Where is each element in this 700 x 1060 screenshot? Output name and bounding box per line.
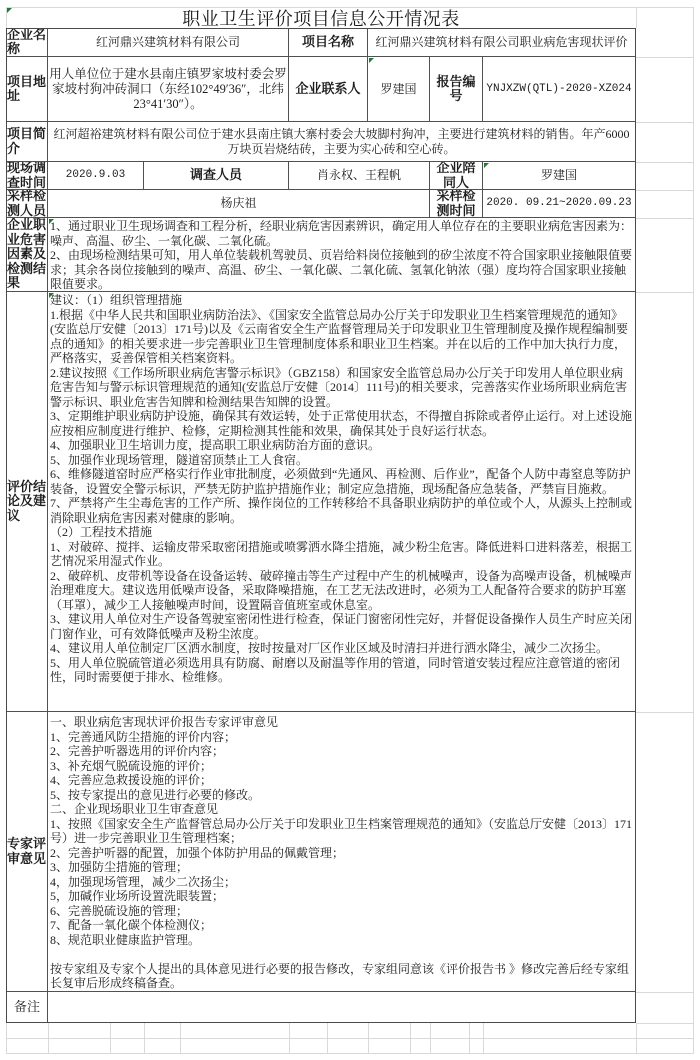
conclusion-paragraph: 3、定期维护职业病防护设施，确保其有效运转，处于正常使用状态，不得擅自拆除或者停… — [50, 409, 633, 438]
sheet-gridline — [636, 712, 693, 713]
expert-review-item: 4，加强现场管理，减少二次扬尘； — [50, 875, 633, 890]
conclusion-paragraph: 6、维修隧道窑时应严格实行作业审批制度，必须做到“先通风、再检测、后作业”，配备… — [50, 467, 633, 496]
sheet-gridline — [469, 1023, 470, 1054]
sheet-gridline — [636, 1023, 637, 1054]
project-address-label: 项目地址 — [6, 57, 48, 122]
survey-date-value: 2020.9.03 — [48, 162, 144, 190]
conclusions-text: 建议：（1）组织管理措施 1.根据《中华人民共和国职业病防治法》、《国家安全监管… — [48, 292, 636, 712]
cell-marker-icon — [369, 58, 374, 63]
conclusion-heading: 建议：（1）组织管理措施 — [50, 293, 633, 308]
sheet-gridline — [110, 1023, 111, 1054]
remarks-label: 备注 — [6, 992, 48, 1023]
investigators-label: 调查人员 — [144, 162, 289, 190]
expert-review-spacer — [50, 947, 633, 962]
sheet-gridline — [693, 7, 694, 1054]
project-address-value: 用人单位位于建水县南庄镇罗家坡村委会罗家坡村狗冲砖洞口（东经102°49′36″… — [48, 57, 289, 122]
sheet-gridline — [636, 218, 693, 219]
conclusion-paragraph: 1.根据《中华人民共和国职业病防治法》、《国家安全监管总局办公厅关于印发职业卫生… — [50, 308, 633, 366]
sheet-gridline — [144, 1023, 145, 1054]
expert-review-item: 2、完善护听器选用的评价内容； — [50, 744, 633, 759]
conclusion-heading: （2）工程技术措施 — [50, 525, 633, 540]
cell-marker-icon — [484, 163, 489, 168]
sheet-gridline — [410, 1023, 411, 1054]
expert-review-item: 3、加强防尘措施的管理； — [50, 860, 633, 875]
company-contact-value: 罗建国 — [368, 57, 430, 122]
sheet-gridline — [636, 122, 693, 123]
sheet-gridline — [636, 190, 693, 191]
expert-review-item: 1、完善通风防尘措施的评价内容； — [50, 730, 633, 745]
sheet-gridline — [483, 1023, 484, 1054]
survey-date-label: 现场调查时间 — [6, 162, 48, 190]
expert-review-heading: 二、企业现场职业卫生审查意见 — [50, 802, 633, 817]
hazard-results-label: 企业职业危害因素及检测结果 — [6, 218, 48, 292]
cell-marker-icon — [49, 219, 54, 224]
disclosure-table: 企业名称 红河鼎兴建筑材料有限公司 项目名称 红河鼎兴建筑材料有限公司职业病危害… — [6, 28, 636, 1023]
sheet-gridline — [636, 992, 693, 993]
conclusion-paragraph: 4、加强职业卫生培训力度，提高职工职业病防治方面的意识。 — [50, 438, 633, 453]
project-summary-value: 红河超裕建筑材料有限公司位于建水县南庄镇大寨村委会大坡脚村狗冲，主要进行建筑材料… — [48, 122, 636, 162]
sheet-gridline — [180, 1023, 181, 1054]
sheet-gridline — [636, 162, 693, 163]
conclusion-paragraph: 1、对破碎、搅拌、运输皮带采取密闭措施或喷雾洒水降尘措施，减少粉尘危害。降低进料… — [50, 540, 633, 569]
sheet-gridline — [289, 1023, 290, 1054]
company-name-label: 企业名称 — [6, 28, 48, 57]
expert-review-item: 6、完善脱硫设施的管理； — [50, 904, 633, 919]
sheet-gridline — [636, 57, 693, 58]
conclusion-paragraph: 2、破碎机、皮带机等设备在设备运转、破碎撞击等生产过程中产生的机械噪声，设备为高… — [50, 569, 633, 613]
expert-review-label: 专家评审意见 — [6, 712, 48, 992]
sheet-gridline — [327, 1023, 328, 1054]
expert-review-summary: 按专家组及专家个人提出的具体意见进行必要的报告修改，专家组同意该《评价报告书 》… — [50, 962, 633, 991]
sheet-gridline — [636, 7, 637, 28]
expert-review-item: 1、按照《国家安全生产监督管总局办公厅关于印发职业卫生档案管理规范的通知》（安监… — [50, 817, 633, 846]
expert-review-heading: 一、职业病危害现状评价报告专家评审意见 — [50, 715, 633, 730]
sheet-gridline — [48, 1023, 49, 1054]
report-number-value: YNJXZW(QTL)-2020-XZ024 — [483, 57, 636, 122]
conclusions-label: 评价结论及建议 — [6, 292, 48, 712]
conclusion-paragraph: 2.建议按照《工作场所职业病危害警示标识》（GBZ158）和国家安全监管总局办公… — [50, 366, 633, 410]
conclusion-paragraph: 7、严禁将产生尘毒危害的工作产所、操作岗位的工作转移给不具备职业病防护的单位或个… — [50, 496, 633, 525]
sheet-gridline — [636, 1023, 693, 1024]
company-escort-label: 企业陪同人 — [430, 162, 483, 190]
expert-review-text: 一、职业病危害现状评价报告专家评审意见 1、完善通风防尘措施的评价内容； 2、完… — [48, 712, 636, 992]
expert-review-item: 7、配备一氧化碳个体检测仪； — [50, 918, 633, 933]
company-escort-value: 罗建国 — [483, 162, 636, 190]
hazard-paragraph: 2、由现场检测结果可知，用人单位装载机驾驶员、页岩给料岗位接触到的矽尘浓度不符合… — [50, 248, 633, 292]
investigators-value: 肖永权、王程帆 — [289, 162, 430, 190]
expert-review-item: 4、完善应急救援设施的评价； — [50, 773, 633, 788]
sheet-title: 职业卫生评价项目信息公开情况表 — [6, 7, 636, 28]
project-name-value: 红河鼎兴建筑材料有限公司职业病危害现状评价 — [368, 28, 636, 57]
expert-review-item: 3、补充烟气脱硫设施的评价； — [50, 759, 633, 774]
conclusion-paragraph: 3、建议用人单位对生产设备驾驶室密闭性进行检查，保证门窗密闭性完好，并督促设备操… — [50, 612, 633, 641]
report-number-label: 报告编号 — [430, 57, 483, 122]
sheet-gridline — [430, 1023, 431, 1054]
expert-review-item: 5、按专家提出的意见进行必要的修改。 — [50, 788, 633, 803]
sheet-gridline — [6, 1023, 7, 1054]
remarks-value — [48, 992, 636, 1023]
expert-review-item: 8、规范职业健康监护管理。 — [50, 933, 633, 948]
cell-marker-icon — [49, 293, 54, 298]
spreadsheet-page: 职业卫生评价项目信息公开情况表 企业名称 红河鼎兴建筑材料有限公司 项目名称 红… — [0, 0, 700, 1060]
expert-review-item: 2、完善护听器的配置，加强个体防护用品的佩戴管理； — [50, 846, 633, 861]
cell-marker-icon — [7, 8, 12, 13]
conclusion-paragraph: 5、用人单位脱硫管道必须选用具有防腐、耐磨以及耐温等作用的管道，同时管道安装过程… — [50, 656, 633, 685]
hazard-results-text: 1、通过职业卫生现场调查和工程分析，经职业病危害因素辨识，确定用人单位存在的主要… — [48, 218, 636, 292]
sheet-gridline — [636, 292, 693, 293]
project-summary-label: 项目简介 — [6, 122, 48, 162]
expert-review-item: 5，加碱作业场所设置洗眼装置； — [50, 889, 633, 904]
sheet-gridline — [368, 1023, 369, 1054]
sampling-personnel-label: 采样检测人员 — [6, 190, 48, 218]
hazard-paragraph: 1、通过职业卫生现场调查和工程分析，经职业病危害因素辨识，确定用人单位存在的主要… — [50, 219, 633, 248]
company-name-value: 红河鼎兴建筑材料有限公司 — [48, 28, 289, 57]
conclusion-paragraph: 5、加强作业现场管理，隧道窑顶禁止工人食宿。 — [50, 453, 633, 468]
sampling-time-value: 2020. 09.21~2020.09.23 — [483, 190, 636, 218]
company-contact-label: 企业联系人 — [289, 57, 368, 122]
project-name-label: 项目名称 — [289, 28, 368, 57]
conclusion-paragraph: 4、建议用人单位制定厂区洒水制度，按时按量对厂区作业区域及时清扫并进行洒水降尘，… — [50, 641, 633, 656]
sampling-time-label: 采样检测时间 — [430, 190, 483, 218]
sampling-personnel-value: 杨庆祖 — [48, 190, 430, 218]
